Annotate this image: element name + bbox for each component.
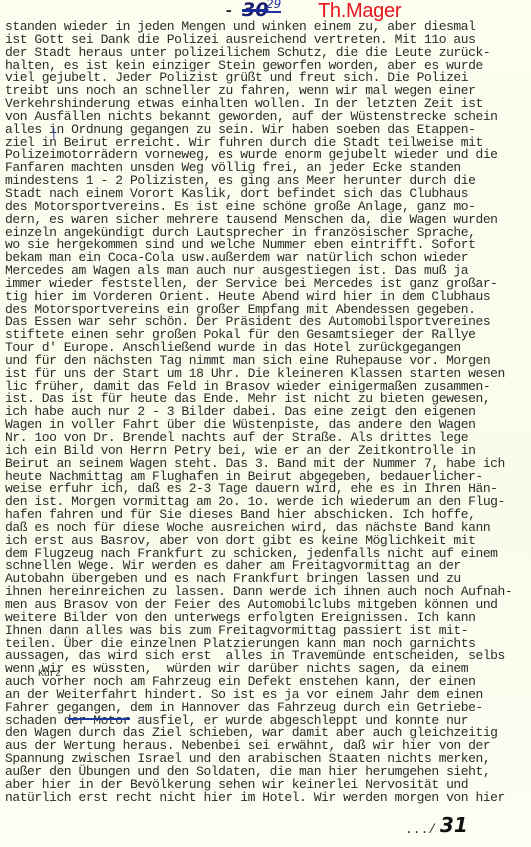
page-number-corrected: 29: [266, 0, 281, 13]
page-number-dash: -: [224, 2, 234, 20]
page-number-struck: 30: [242, 0, 268, 21]
typewritten-body: standen wieder in jeden Mengen und winke…: [5, 21, 531, 804]
document-page: - 30 29 Th.Mager standen wieder in jeden…: [0, 0, 531, 847]
continuation-mark: .../: [405, 822, 436, 837]
margin-note: Kurz: [38, 669, 61, 680]
text-line: natürlich erst recht nicht hier im Hotel…: [5, 792, 531, 805]
next-page-number: 31: [440, 813, 468, 837]
ink-strikethrough: [68, 718, 130, 720]
